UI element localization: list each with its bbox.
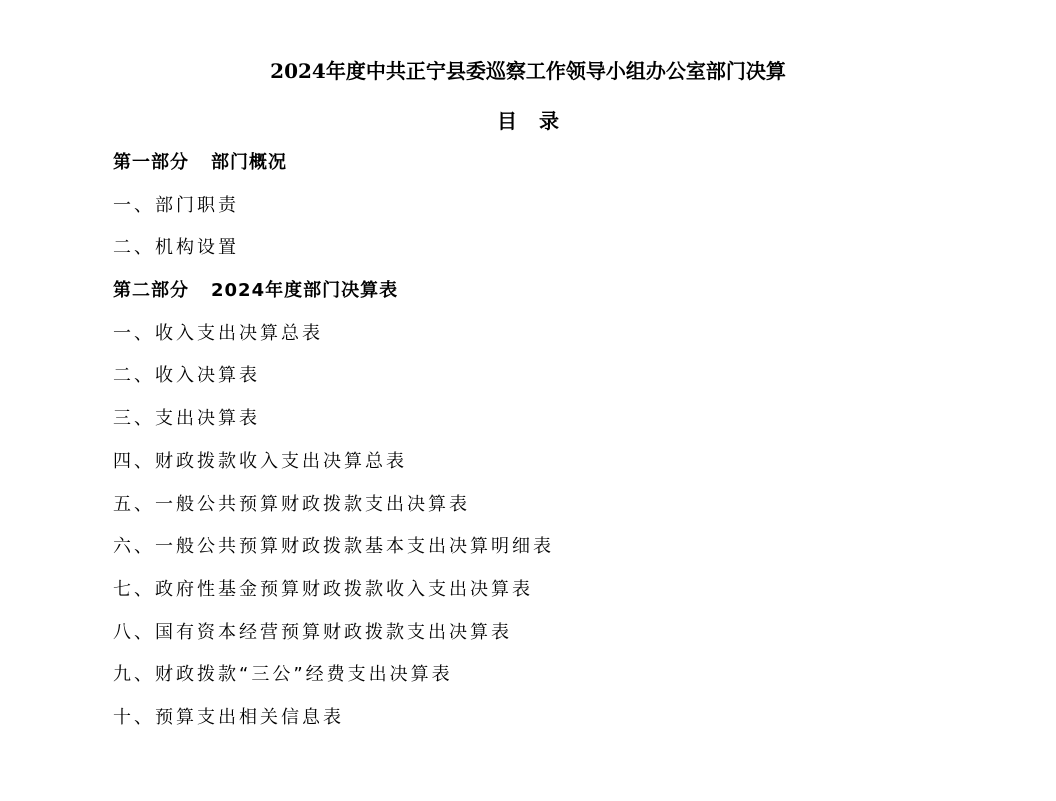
toc-heading-char-1: 目 [497,109,517,133]
part-label: 第二部分 [113,280,189,301]
part-label: 第一部分 [113,152,189,173]
part-title: 部门概况 [211,152,287,173]
toc-item[interactable]: 一、收入支出决算总表 [113,319,554,362]
toc-item[interactable]: 八、国有资本经营预算财政拨款支出决算表 [113,618,554,661]
part-title: 2024年度部门决算表 [211,280,398,301]
toc-item[interactable]: 五、一般公共预算财政拨款支出决算表 [113,490,554,533]
toc-item[interactable]: 二、收入决算表 [113,361,554,404]
toc-item[interactable]: 十、预算支出相关信息表 [113,703,554,746]
toc-heading-char-2: 录 [539,109,559,133]
document-title: 2024年度中共正宁县委巡察工作领导小组办公室部门决算 [0,55,1056,84]
toc-item[interactable]: 四、财政拨款收入支出决算总表 [113,447,554,490]
toc-item[interactable]: 六、一般公共预算财政拨款基本支出决算明细表 [113,532,554,575]
toc-item[interactable]: 七、政府性基金预算财政拨款收入支出决算表 [113,575,554,618]
toc-item[interactable]: 三、支出决算表 [113,404,554,447]
toc-heading: 目录 [0,105,1056,134]
table-of-contents: 第一部分部门概况 一、部门职责 二、机构设置 第二部分2024年度部门决算表 一… [113,148,554,746]
toc-item[interactable]: 二、机构设置 [113,233,554,276]
toc-part-1-heading[interactable]: 第一部分部门概况 [113,148,554,191]
toc-item[interactable]: 九、财政拨款“三公”经费支出决算表 [113,660,554,703]
toc-item[interactable]: 一、部门职责 [113,191,554,234]
toc-part-2-heading[interactable]: 第二部分2024年度部门决算表 [113,276,554,319]
